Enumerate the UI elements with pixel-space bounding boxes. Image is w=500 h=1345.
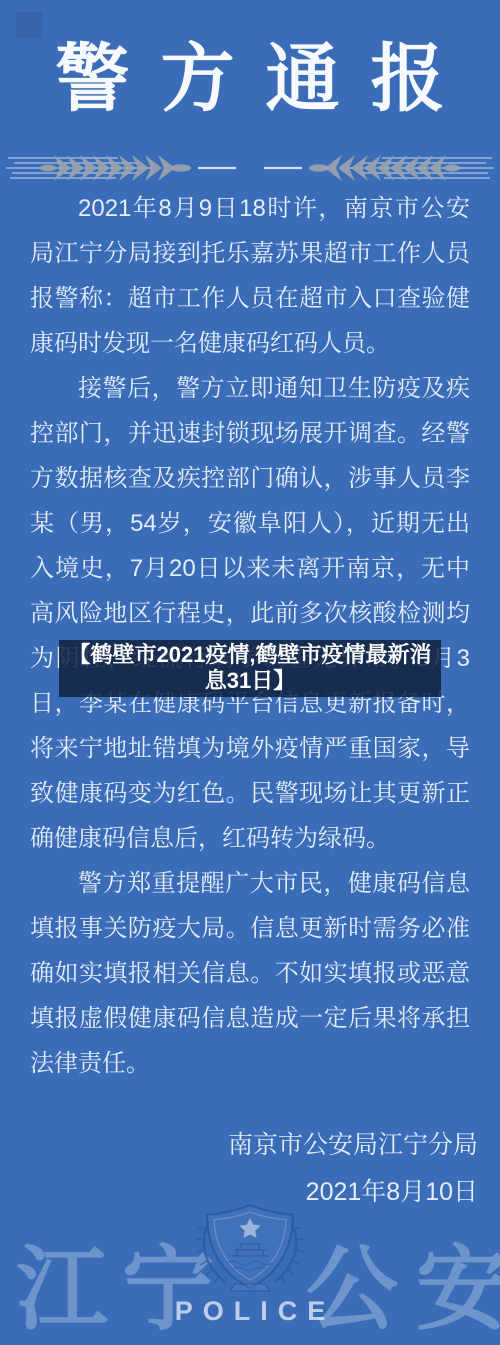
wheat-divider-icon xyxy=(0,146,500,190)
police-badge-icon xyxy=(193,1198,307,1294)
notice-body: 2021年8月9日18时许，南京市公安局江宁分局接到托乐嘉苏果超市工作人员报警称… xyxy=(30,186,470,1086)
notice-paragraph-3: 警方郑重提醒广大市民，健康码信息填报事关防疫大局。信息更新时需务必准确如实填报相… xyxy=(30,861,470,1086)
caption-line-2: 息31日】 xyxy=(59,668,441,694)
notice-title: 警方通报 xyxy=(0,36,500,122)
watermark-char-an: 安 xyxy=(416,1244,500,1336)
notice-paragraph-2: 接警后，警方立即通知卫生防疫及疾控部门，并迅速封锁现场展开调查。经警方数据核查及… xyxy=(30,366,470,861)
notice-paragraph-1: 2021年8月9日18时许，南京市公安局江宁分局接到托乐嘉苏果超市工作人员报警称… xyxy=(30,186,470,366)
police-label: POLICE xyxy=(140,1296,360,1327)
caption-overlay-banner: 【鹤壁市2021疫情,鹤壁市疫情最新消 息31日】 xyxy=(59,640,441,697)
signature-agency: 南京市公安局江宁分局 xyxy=(228,1122,478,1169)
watermark-char-jiang: 江 xyxy=(16,1244,108,1336)
police-notice-poster: 警方通报 xyxy=(0,0,500,1345)
corner-artifact xyxy=(16,12,42,38)
caption-line-1: 【鹤壁市2021疫情,鹤壁市疫情最新消 xyxy=(59,642,441,668)
